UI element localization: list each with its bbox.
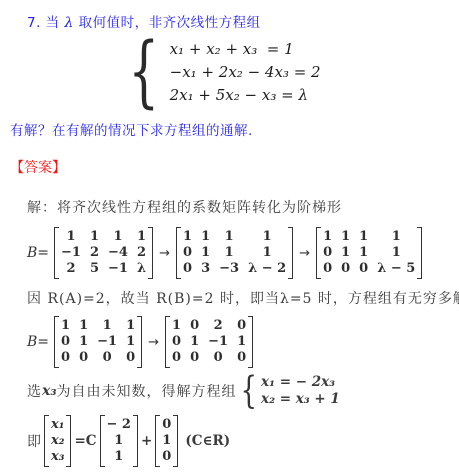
- matrix-cell: x₁: [51, 417, 64, 433]
- matrix-cell: 2: [137, 245, 146, 261]
- matrix-cell: λ − 5: [377, 261, 415, 277]
- matrix-cell: 0: [190, 350, 199, 366]
- equation-line-2: −x₁ + 2x₂ − 4x₃ = 2: [170, 61, 321, 84]
- matrix-cell: 0: [214, 350, 223, 366]
- general-solution-line: 即 x₁x₂x₃ =C − 211 + 010 (C∈R): [27, 415, 455, 467]
- matrix-cell: −4: [108, 245, 128, 261]
- matrix-cell: − 2: [107, 417, 131, 433]
- arrow-icon: →: [158, 246, 171, 261]
- plus-sign: +: [141, 433, 152, 449]
- matrix-cell: 0: [237, 318, 246, 334]
- matrix-cell: 1: [359, 245, 368, 261]
- free-variable-prefix: 选: [27, 381, 42, 401]
- matrix-cell: 1: [90, 229, 99, 245]
- matrix-cell: 1: [79, 318, 88, 334]
- matrix-reduction-line-1: B= 1111−12−4225−1λ → 1111011103−3λ − 2 →…: [27, 227, 455, 279]
- question-title-text: 取何值时，非齐次线性方程组: [74, 15, 261, 31]
- matrix-cell: 0: [61, 334, 70, 350]
- matrix-cell: 0: [341, 261, 350, 277]
- matrix-cell: 0: [162, 449, 171, 465]
- equation-line-1: x₁ + x₂ + x₃ = 1: [170, 38, 321, 61]
- matrix-cell: λ − 2: [248, 261, 286, 277]
- matrix-lambda5-1: 111101−110000: [54, 316, 142, 368]
- solved-equation-2: x₂ = x₃ + 1: [261, 391, 340, 408]
- matrix-cell: 1: [61, 318, 70, 334]
- matrix-cell: 3: [201, 261, 210, 277]
- matrix-reduction-line-2: B= 111101−110000 → 102001−110000: [27, 316, 455, 368]
- system-equations: x₁ + x₂ + x₃ = 1 −x₁ + 2x₂ − 4x₃ = 2 2x₁…: [170, 38, 321, 107]
- matrix-cell: 0: [183, 261, 192, 277]
- matrix-cell: −3: [219, 261, 239, 277]
- matrix-cell: 1: [341, 245, 350, 261]
- matrix-cell: 1: [113, 229, 122, 245]
- matrix-augmented-1: 1111−12−4225−1λ: [54, 227, 153, 279]
- free-variable-suffix: 为自由未知数，得解方程组: [56, 381, 236, 401]
- matrix-cell: 0: [183, 245, 192, 261]
- matrix-cell: 1: [66, 229, 75, 245]
- matrix-cell: 0: [103, 350, 112, 366]
- matrix-cell: 0: [237, 350, 246, 366]
- matrix-cell: 1: [201, 229, 210, 245]
- equation-line-3: 2x₁ + 5x₂ − x₃ = λ: [170, 84, 321, 107]
- matrix-cell: 1: [190, 334, 199, 350]
- solution-step-text: 解：将齐次线性方程组的系数矩阵转化为阶梯形: [27, 199, 455, 218]
- matrix-cell: −1: [108, 261, 128, 277]
- question-followup: 有解？在有解的情况下求方程组的通解.: [10, 119, 253, 139]
- matrix-cell: 2: [214, 318, 223, 334]
- matrix-cell: 0: [323, 245, 332, 261]
- matrix-cell: 1: [79, 334, 88, 350]
- vector-particular: 010: [155, 415, 178, 467]
- final-prefix: 即: [27, 431, 41, 451]
- rank-statement: 因 R(A)=2，故当 R(B)=2 时，即当λ=5 时，方程组有无穷多解: [27, 290, 455, 309]
- matrix-cell: 1: [392, 245, 401, 261]
- matrix-b-label: B=: [27, 245, 49, 261]
- vector-x: x₁x₂x₃: [44, 415, 71, 467]
- arrow-icon: →: [298, 246, 311, 261]
- matrix-cell: 1: [103, 318, 112, 334]
- matrix-cell: 1: [225, 229, 234, 245]
- matrix-cell: 1: [201, 245, 210, 261]
- matrix-cell: 5: [90, 261, 99, 277]
- matrix-cell: 1: [237, 334, 246, 350]
- question-number: 7. 当: [27, 15, 64, 31]
- matrix-cell: 2: [90, 245, 99, 261]
- matrix-b-label: B=: [27, 334, 49, 350]
- matrix-cell: 1: [126, 318, 135, 334]
- matrix-cell: 0: [79, 350, 88, 366]
- matrix-cell: 1: [341, 229, 350, 245]
- solved-system-brace: {: [241, 374, 257, 407]
- matrix-cell: x₃: [51, 449, 64, 465]
- matrix-cell: 0: [61, 350, 70, 366]
- matrix-cell: 1: [114, 449, 123, 465]
- matrix-cell: 2: [66, 261, 75, 277]
- answer-label: 【答案】: [10, 157, 66, 177]
- matrix-cell: 1: [359, 229, 368, 245]
- system-brace: {: [128, 37, 159, 109]
- matrix-cell: 1: [183, 229, 192, 245]
- matrix-cell: 1: [172, 318, 181, 334]
- matrix-augmented-3: 11110111000λ − 5: [316, 227, 422, 279]
- equals-c: =C: [74, 433, 96, 449]
- matrix-cell: 1: [323, 229, 332, 245]
- vector-basis: − 211: [100, 415, 138, 467]
- matrix-cell: 1: [263, 229, 272, 245]
- matrix-cell: 1: [137, 229, 146, 245]
- solution-section: 解：将齐次线性方程组的系数矩阵转化为阶梯形 B= 1111−12−4225−1λ…: [27, 199, 455, 467]
- matrix-cell: 0: [323, 261, 332, 277]
- matrix-lambda5-2: 102001−110000: [165, 316, 253, 368]
- solved-system: x₁ = − 2x₃ x₂ = x₃ + 1: [261, 374, 340, 408]
- matrix-cell: 0: [172, 350, 181, 366]
- matrix-cell: 1: [225, 245, 234, 261]
- math-document-page: 7. 当 λ 取何值时，非齐次线性方程组 { x₁ + x₂ + x₃ = 1 …: [0, 0, 459, 475]
- matrix-cell: −1: [97, 334, 117, 350]
- free-variable-line: 选 x₃ 为自由未知数，得解方程组 { x₁ = − 2x₃ x₂ = x₃ +…: [27, 374, 455, 408]
- matrix-cell: −1: [208, 334, 228, 350]
- matrix-cell: −1: [61, 245, 81, 261]
- arrow-icon: →: [147, 335, 160, 350]
- matrix-cell: 0: [162, 417, 171, 433]
- matrix-cell: λ: [137, 261, 146, 277]
- matrix-cell: 1: [392, 229, 401, 245]
- matrix-cell: 0: [359, 261, 368, 277]
- equation-system: { x₁ + x₂ + x₃ = 1 −x₁ + 2x₂ − 4x₃ = 2 2…: [119, 37, 321, 109]
- free-variable-symbol: x₃: [42, 383, 56, 399]
- solved-equation-1: x₁ = − 2x₃: [261, 374, 340, 391]
- constraint-text: (C∈R): [185, 433, 230, 449]
- matrix-cell: 0: [126, 350, 135, 366]
- matrix-cell: 0: [190, 318, 199, 334]
- lambda-symbol: λ: [64, 15, 73, 31]
- matrix-cell: 1: [162, 433, 171, 449]
- matrix-cell: x₂: [51, 433, 64, 449]
- matrix-cell: 0: [172, 334, 181, 350]
- matrix-augmented-2: 1111011103−3λ − 2: [176, 227, 293, 279]
- matrix-cell: 1: [126, 334, 135, 350]
- matrix-cell: 1: [114, 433, 123, 449]
- matrix-cell: 1: [263, 245, 272, 261]
